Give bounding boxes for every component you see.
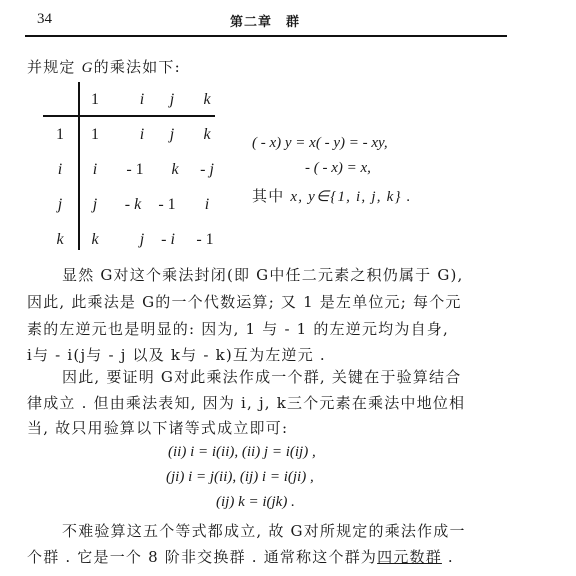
paragraph-line: 因此, 此乘法是 G的一个代数运算; 又 1 是左单位元; 每个元	[27, 291, 462, 312]
page-number: 34	[37, 11, 52, 28]
table-cell: k	[160, 161, 190, 179]
intro-text-after: 的乘法如下:	[94, 58, 181, 76]
paragraph-line: 当, 故只用验算以下诸等式成立即可:	[27, 417, 288, 438]
table-col-header: k	[192, 91, 222, 109]
header-rule	[25, 35, 507, 37]
quaternion-group-term: 四元数群	[377, 548, 442, 566]
table-cell: - i	[148, 231, 188, 249]
intro-line: 并规定 G的乘法如下:	[27, 56, 181, 77]
paragraph-line: 个群 . 它是一个 8 阶非交换群 . 通常称这个群为四元数群 .	[27, 546, 454, 567]
table-cell: - 1	[147, 196, 187, 214]
paragraph-line: 素的左逆元也是明显的: 因为, 1 与 - 1 的左逆元均为自身,	[27, 318, 449, 339]
conclusion-text: 个群 . 它是一个 8 阶非交换群 . 通常称这个群为	[27, 548, 377, 566]
table-cell: - 1	[185, 231, 225, 249]
table-cell: k	[80, 231, 110, 249]
table-cell: j	[157, 126, 187, 144]
intro-group-symbol: G	[82, 60, 94, 76]
paragraph-line: 不难验算这五个等式都成立, 故 G对所规定的乘法作成一	[62, 520, 466, 541]
paragraph-line: i与 - i(j与 - j 以及 k与 - k)互为左逆元 .	[27, 344, 326, 365]
cropped-next-line	[40, 568, 240, 576]
table-col-header: j	[157, 91, 187, 109]
table-cell: 1	[80, 126, 110, 144]
table-cell: j	[80, 196, 110, 214]
sign-rule-domain-prefix: 其中	[252, 187, 290, 205]
table-row-label: i	[45, 161, 75, 179]
sign-rule-1: ( - x) y = x( - y) = - xy,	[252, 135, 388, 152]
paragraph-line: 律成立 . 但由乘法表知, 因为 i, j, k三个元素在乘法中地位相	[27, 392, 465, 413]
conclusion-period: .	[442, 548, 454, 566]
table-col-header: i	[127, 91, 157, 109]
sign-rule-domain: 其中 x, y∈{1, i, j, k} .	[252, 185, 412, 206]
equation-line: (ii) i = i(ii), (ii) j = i(ij) ,	[168, 444, 316, 461]
table-row-label: k	[45, 231, 75, 249]
sign-rule-2: - ( - x) = x,	[305, 160, 371, 177]
table-row-label: 1	[45, 126, 75, 144]
equation-line: (ij) k = i(jk) .	[216, 494, 295, 511]
chapter-title: 第二章 群	[230, 11, 300, 30]
paragraph-line: 因此, 要证明 G对此乘法作成一个群, 关键在于验算结合	[62, 366, 461, 387]
intro-text-before: 并规定	[27, 58, 82, 76]
table-row-label: j	[45, 196, 75, 214]
table-cell: i	[127, 126, 157, 144]
table-horizontal-rule	[43, 115, 215, 117]
table-cell: i	[192, 196, 222, 214]
sign-rule-domain-math: x, y∈{1, i, j, k} .	[290, 189, 411, 205]
table-cell: - j	[188, 161, 226, 179]
table-cell: - 1	[115, 161, 155, 179]
paragraph-line: 显然 G对这个乘法封闭(即 G中任二元素之积仍属于 G),	[62, 264, 464, 285]
table-cell: k	[192, 126, 222, 144]
table-col-header: 1	[80, 91, 110, 109]
equation-line: (ji) i = j(ii), (ij) i = i(ji) ,	[166, 469, 314, 486]
table-cell: i	[80, 161, 110, 179]
